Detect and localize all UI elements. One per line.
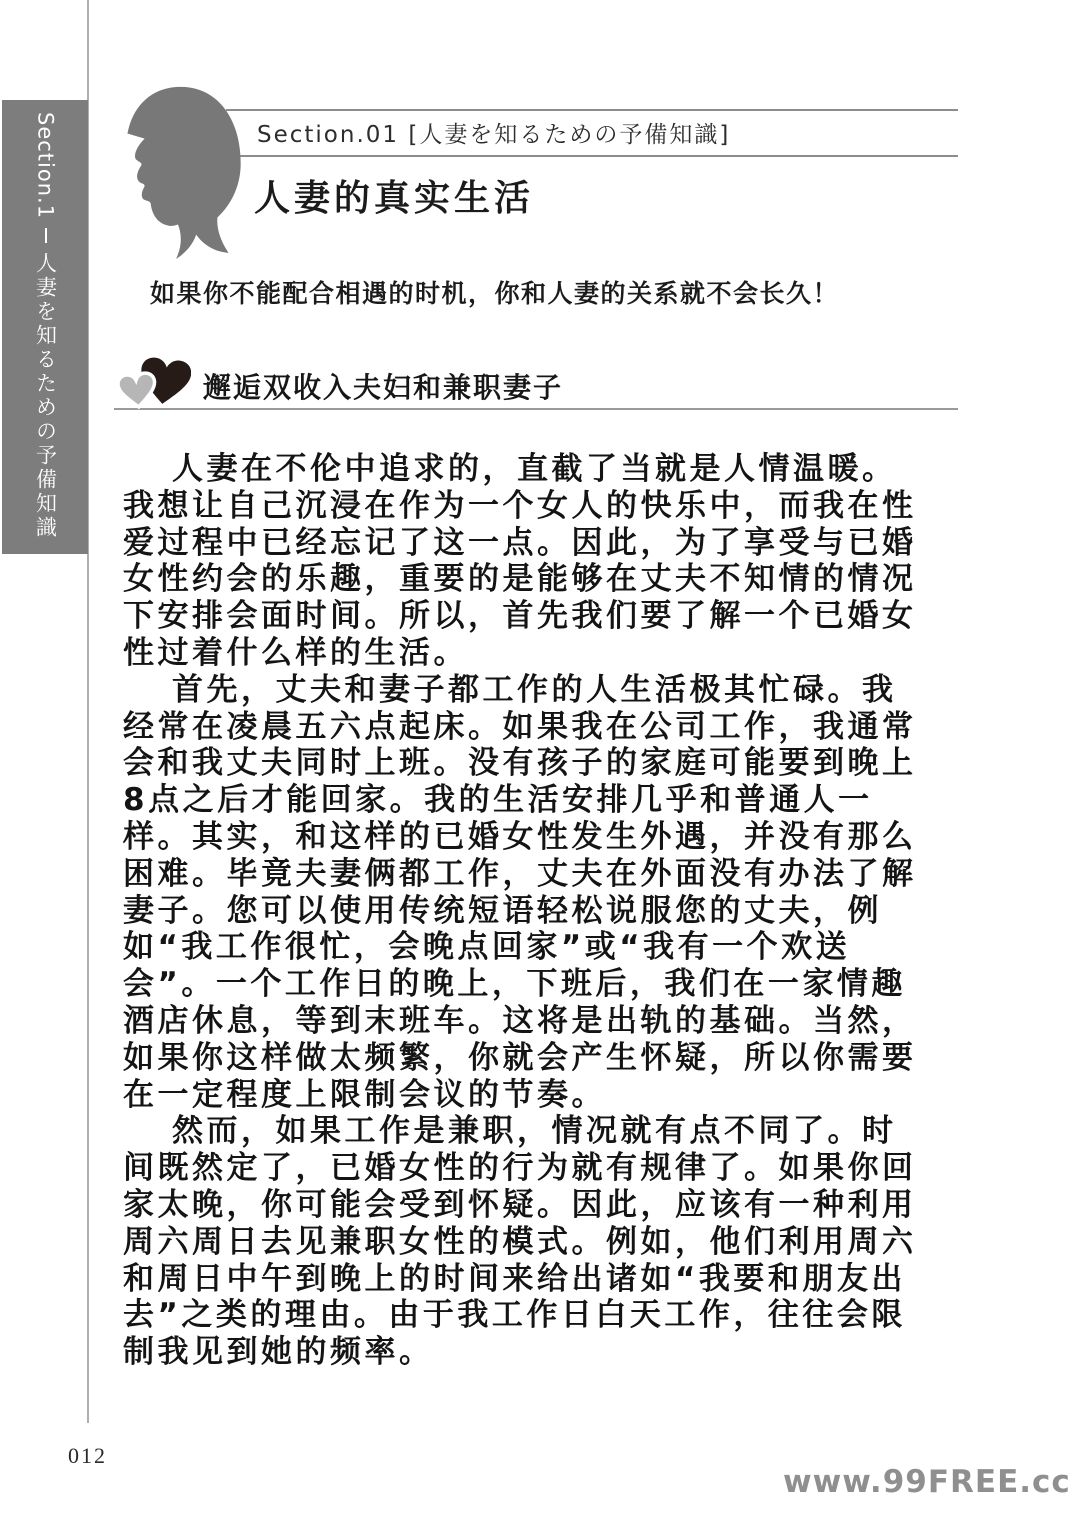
section-kicker: Section.01 [人妻を知るための予備知識]	[257, 116, 730, 149]
body-paragraph-1: 人妻在不伦中追求的，直截了当就是人情温暖。 我想让自己沉浸在作为一个女人的快乐中…	[123, 451, 987, 672]
watermark: www.99FREE.cc	[783, 1464, 1071, 1500]
double-hearts-icon	[117, 357, 191, 417]
header-rule-top	[226, 109, 958, 111]
body-paragraph-2: 首先，丈夫和妻子都工作的人生活极其忙碌。我 经常在凌晨五六点起床。如果我在公司工…	[123, 672, 987, 1114]
sidebar-section-title: 人妻を知るための予備知識	[34, 252, 58, 540]
book-page: Section.1人妻を知るための予備知識 Section.01 [人妻を知るた…	[0, 0, 1080, 1532]
sidebar-section-label: Section.1	[34, 112, 58, 219]
sidebar-separator	[45, 228, 47, 243]
heart-light-icon	[117, 372, 157, 409]
body-paragraph-3: 然而，如果工作是兼职，情况就有点不同了。时 间既然定了，已婚女性的行为就有规律了…	[123, 1113, 987, 1371]
page-number: 012	[68, 1443, 107, 1469]
lead-text: 如果你不能配合相遇的时机，你和人妻的关系就不会长久！	[150, 274, 839, 310]
sidebar: Section.1人妻を知るための予備知識	[2, 100, 88, 554]
subsection-underline	[114, 408, 958, 410]
page-title: 人妻的真实生活	[254, 170, 534, 221]
woman-silhouette-icon	[109, 85, 249, 267]
header-rule-bottom	[226, 155, 958, 157]
body-text: 人妻在不伦中追求的，直截了当就是人情温暖。 我想让自己沉浸在作为一个女人的快乐中…	[123, 451, 987, 1371]
sidebar-vertical-text: Section.1人妻を知るための予備知識	[35, 112, 56, 554]
subsection-heading: 邂逅双收入夫妇和兼职妻子	[203, 366, 563, 406]
